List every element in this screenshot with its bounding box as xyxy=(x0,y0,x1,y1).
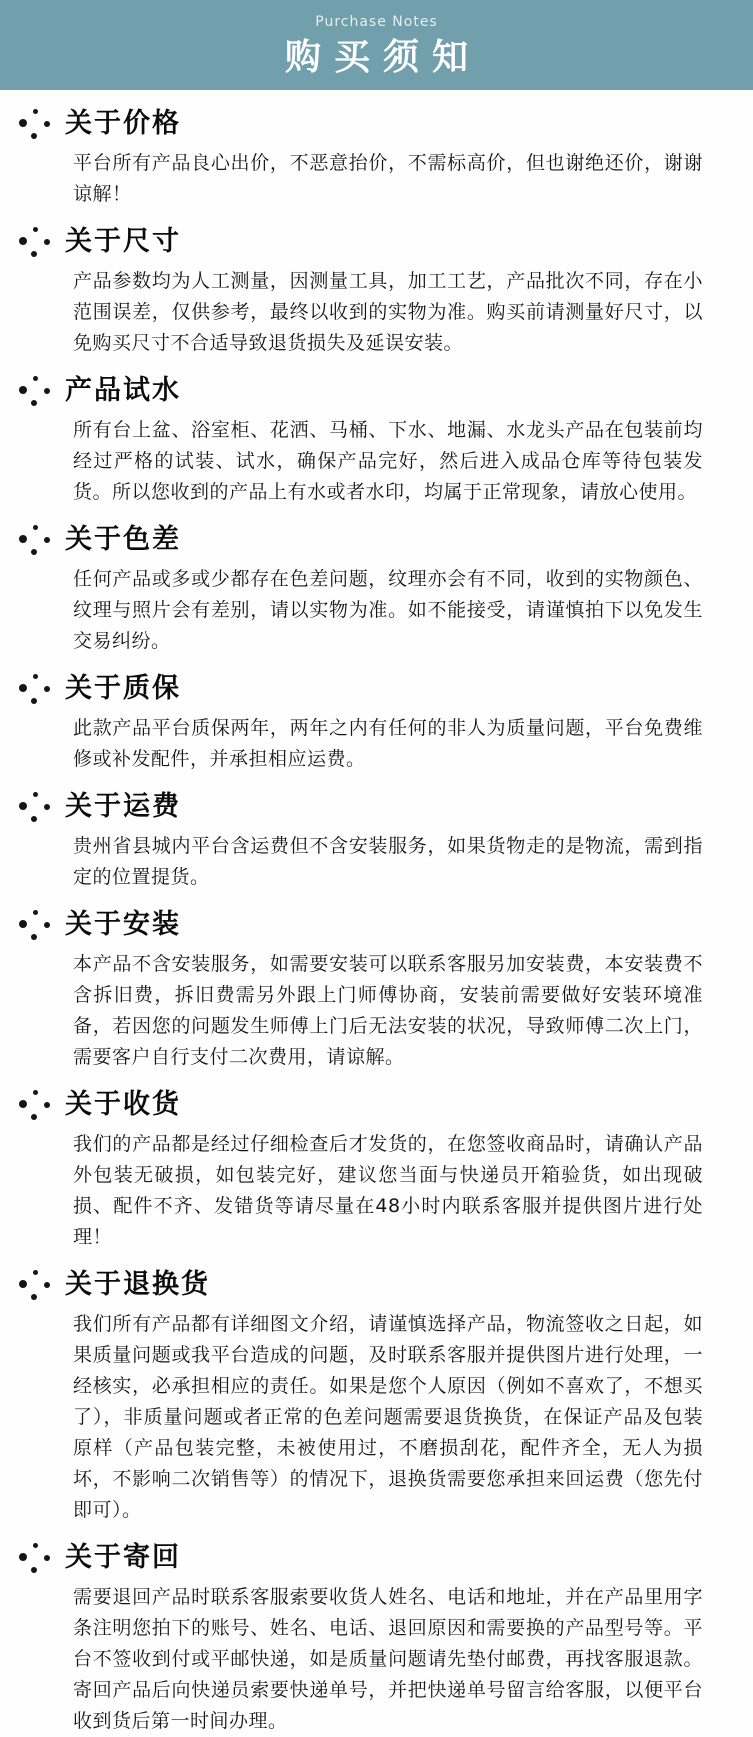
section-title: 关于安装 xyxy=(65,906,181,944)
section-header: 关于寄回 xyxy=(0,1539,753,1577)
section-title: 关于寄回 xyxy=(65,1539,181,1577)
section-body: 本产品不含安装服务，如需要安装可以联系客服另加安装费，本安装费不含拆旧费，拆旧费… xyxy=(73,949,703,1073)
section-price: 关于价格 平台所有产品良心出价，不恶意抬价，不需标高价，但也谢绝还价，谢谢谅解！ xyxy=(0,105,753,210)
section-receiving: 关于收货 我们的产品都是经过仔细检查后才发货的，在您签收商品时，请确认产品外包装… xyxy=(0,1086,753,1253)
section-warranty: 关于质保 此款产品平台质保两年，两年之内有任何的非人为质量问题，平台免费维修或补… xyxy=(0,670,753,775)
section-body: 产品参数均为人工测量，因测量工具，加工工艺，产品批次不同，存在小范围误差，仅供参… xyxy=(73,266,703,359)
section-returns-exchange: 关于退换货 我们所有产品都有详细图文介绍，请谨慎选择产品，物流签收之日起，如果质… xyxy=(0,1266,753,1526)
section-header: 关于色差 xyxy=(0,521,753,559)
purchase-notes-page: Purchase Notes 购买须知 关于价格 平台所有产品良心出价，不恶意抬… xyxy=(0,0,753,1737)
section-title: 关于质保 xyxy=(65,670,181,708)
section-header: 关于尺寸 xyxy=(0,223,753,261)
section-body: 我们的产品都是经过仔细检查后才发货的，在您签收商品时，请确认产品外包装无破损，如… xyxy=(73,1129,703,1253)
section-title: 关于尺寸 xyxy=(65,223,181,261)
four-dots-bullet-icon xyxy=(19,673,50,706)
section-color-difference: 关于色差 任何产品或多或少都存在色差问题，纹理亦会有不同，收到的实物颜色、纹理与… xyxy=(0,521,753,657)
section-water-test: 产品试水 所有台上盆、浴室柜、花洒、马桶、下水、地漏、水龙头产品在包装前均经过严… xyxy=(0,372,753,508)
header-subtitle: Purchase Notes xyxy=(0,13,753,31)
section-title: 关于收货 xyxy=(65,1086,181,1124)
four-dots-bullet-icon xyxy=(19,909,50,942)
notes-list: 关于价格 平台所有产品良心出价，不恶意抬价，不需标高价，但也谢绝还价，谢谢谅解！… xyxy=(0,90,753,1737)
section-header: 关于安装 xyxy=(0,906,753,944)
section-body: 平台所有产品良心出价，不恶意抬价，不需标高价，但也谢绝还价，谢谢谅解！ xyxy=(73,148,703,210)
section-title: 关于价格 xyxy=(65,105,181,143)
section-body: 所有台上盆、浴室柜、花洒、马桶、下水、地漏、水龙头产品在包装前均经过严格的试装、… xyxy=(73,415,703,508)
header-banner: Purchase Notes 购买须知 xyxy=(0,0,753,90)
section-send-back: 关于寄回 需要退回产品时联系客服索要收货人姓名、电话和地址，并在产品里用字条注明… xyxy=(0,1539,753,1737)
four-dots-bullet-icon xyxy=(19,1089,50,1122)
section-title: 关于退换货 xyxy=(65,1266,210,1304)
section-size: 关于尺寸 产品参数均为人工测量，因测量工具，加工工艺，产品批次不同，存在小范围误… xyxy=(0,223,753,359)
four-dots-bullet-icon xyxy=(19,108,50,141)
section-header: 关于价格 xyxy=(0,105,753,143)
section-header: 关于退换货 xyxy=(0,1266,753,1304)
section-body: 任何产品或多或少都存在色差问题，纹理亦会有不同，收到的实物颜色、纹理与照片会有差… xyxy=(73,564,703,657)
section-title: 关于运费 xyxy=(65,788,181,826)
section-body: 此款产品平台质保两年，两年之内有任何的非人为质量问题，平台免费维修或补发配件，并… xyxy=(73,713,703,775)
section-shipping-fee: 关于运费 贵州省县城内平台含运费但不含安装服务，如果货物走的是物流，需到指定的位… xyxy=(0,788,753,893)
four-dots-bullet-icon xyxy=(19,375,50,408)
four-dots-bullet-icon xyxy=(19,226,50,259)
section-header: 产品试水 xyxy=(0,372,753,410)
section-body: 我们所有产品都有详细图文介绍，请谨慎选择产品，物流签收之日起，如果质量问题或我平… xyxy=(73,1309,703,1526)
section-header: 关于运费 xyxy=(0,788,753,826)
four-dots-bullet-icon xyxy=(19,524,50,557)
section-header: 关于质保 xyxy=(0,670,753,708)
page-title: 购买须知 xyxy=(0,36,753,80)
four-dots-bullet-icon xyxy=(19,1269,50,1302)
section-header: 关于收货 xyxy=(0,1086,753,1124)
section-installation: 关于安装 本产品不含安装服务，如需要安装可以联系客服另加安装费，本安装费不含拆旧… xyxy=(0,906,753,1073)
four-dots-bullet-icon xyxy=(19,791,50,824)
section-title: 关于色差 xyxy=(65,521,181,559)
section-body: 贵州省县城内平台含运费但不含安装服务，如果货物走的是物流，需到指定的位置提货。 xyxy=(73,831,703,893)
four-dots-bullet-icon xyxy=(19,1542,50,1575)
section-body: 需要退回产品时联系客服索要收货人姓名、电话和地址，并在产品里用字条注明您拍下的账… xyxy=(73,1582,703,1737)
section-title: 产品试水 xyxy=(65,372,181,410)
